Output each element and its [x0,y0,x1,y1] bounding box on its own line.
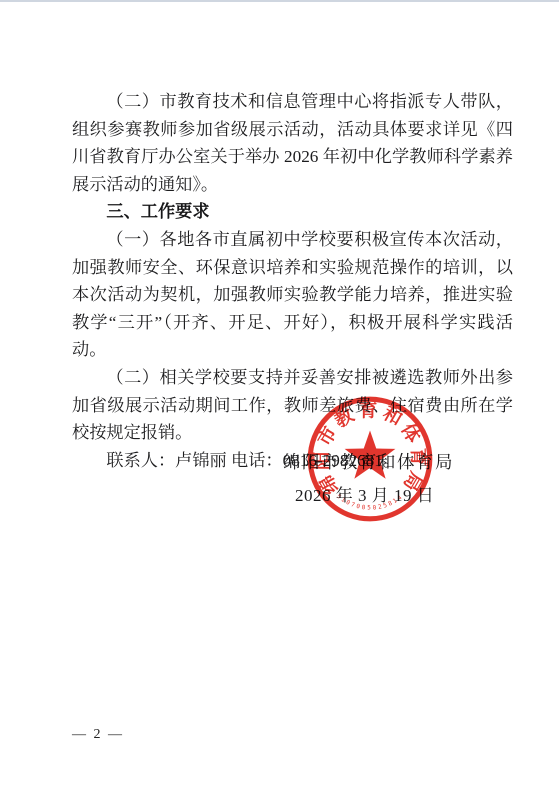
star-icon [345,430,396,478]
section-heading: 三、工作要求 [72,198,513,226]
seal-serial: 5107005025814 [335,493,405,512]
page-number: — 2 — [72,727,124,743]
document-page: （二）市教育技术和信息管理中心将指派专人带队，组织参赛教师参加省级展示活动，活动… [0,0,559,791]
paragraph: （一）各地各市直属初中学校要积极宣传本次活动，加强教师安全、环保意识培养和实验规… [72,226,513,364]
paragraph: （二）相关学校要支持并妥善安排被遴选教师外出参加省级展示活动期间工作，教师差旅费… [72,364,513,447]
official-seal: 绵阳市教育和体育局 5107005025814 [301,390,439,528]
paragraph: （二）市教育技术和信息管理中心将指派专人带队，组织参赛教师参加省级展示活动，活动… [72,88,513,198]
document-body: （二）市教育技术和信息管理中心将指派专人带队，组织参赛教师参加省级展示活动，活动… [72,88,513,474]
top-edge-line [0,0,559,2]
